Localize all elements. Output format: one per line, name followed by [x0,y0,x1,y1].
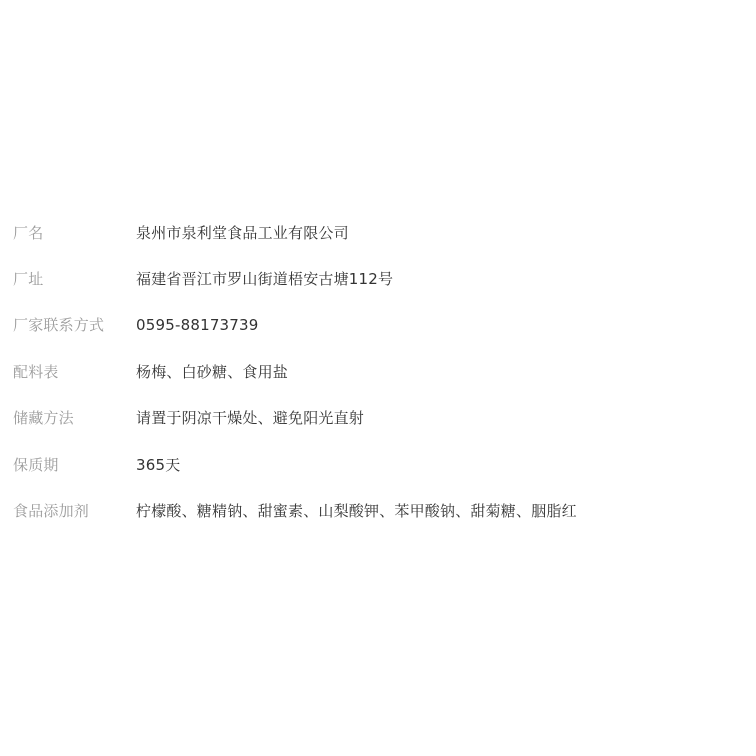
spec-value: 杨梅、白砂糖、食用盐 [136,361,288,382]
spec-value: 泉州市泉利堂食品工业有限公司 [136,222,349,243]
spec-label: 厂家联系方式 [13,314,136,335]
spec-row-ingredients: 配料表 杨梅、白砂糖、食用盐 [13,348,743,394]
spec-row-address: 厂址 福建省晋江市罗山街道梧安古塘112号 [13,255,743,301]
spec-row-contact: 厂家联系方式 0595-88173739 [13,302,743,348]
spec-row-additives: 食品添加剂 柠檬酸、糖精钠、甜蜜素、山梨酸钾、苯甲酸钠、甜菊糖、胭脂红 [13,487,743,533]
spec-value: 福建省晋江市罗山街道梧安古塘112号 [136,268,393,289]
spec-label: 储藏方法 [13,407,136,428]
spec-label: 食品添加剂 [13,500,136,521]
spec-label: 配料表 [13,361,136,382]
spec-label: 厂名 [13,222,136,243]
spec-value: 0595-88173739 [136,316,259,334]
spec-value: 请置于阴凉干燥处、避免阳光直射 [136,407,364,428]
spec-row-shelf-life: 保质期 365天 [13,441,743,487]
spec-row-manufacturer: 厂名 泉州市泉利堂食品工业有限公司 [13,209,743,255]
spec-row-storage: 储藏方法 请置于阴凉干燥处、避免阳光直射 [13,395,743,441]
product-spec-table: 厂名 泉州市泉利堂食品工业有限公司 厂址 福建省晋江市罗山街道梧安古塘112号 … [13,209,743,534]
spec-value: 365天 [136,454,180,475]
spec-label: 厂址 [13,268,136,289]
spec-value: 柠檬酸、糖精钠、甜蜜素、山梨酸钾、苯甲酸钠、甜菊糖、胭脂红 [136,500,577,521]
spec-label: 保质期 [13,454,136,475]
